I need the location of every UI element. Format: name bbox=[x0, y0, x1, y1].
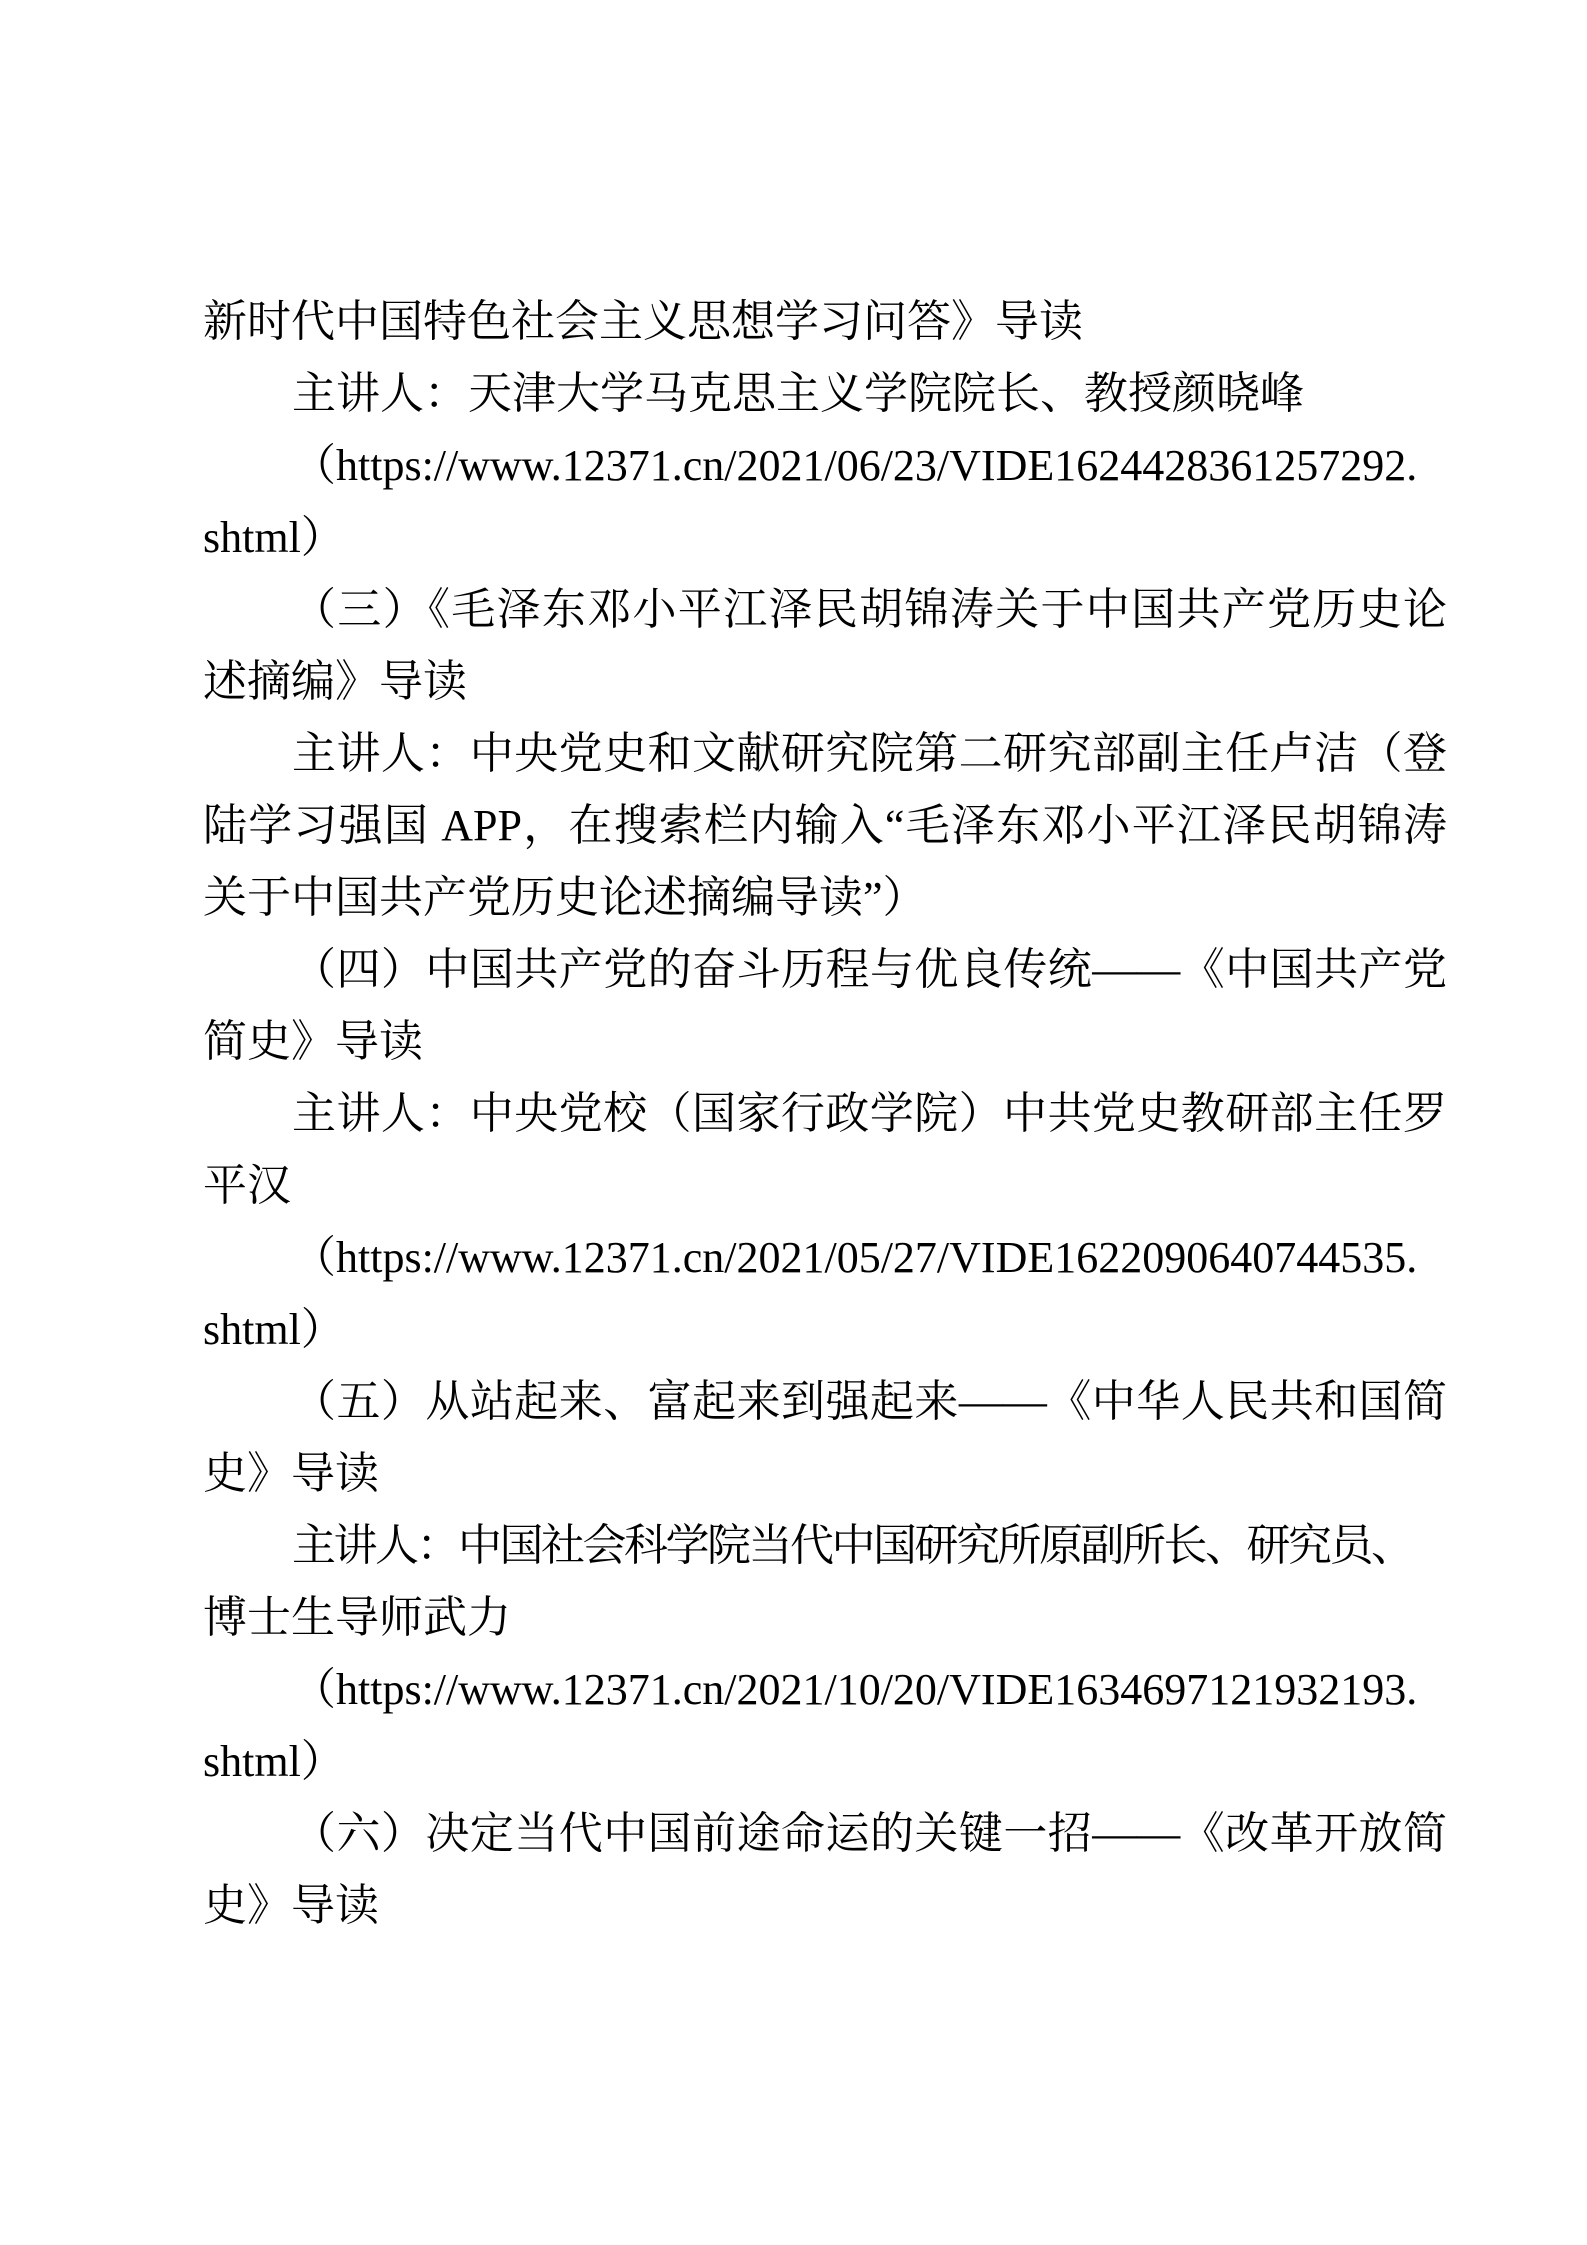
document-line: 博士生导师武力 bbox=[203, 1582, 1447, 1654]
document-line: 主讲人：中央党史和文献研究院第二研究部副主任卢洁（登 bbox=[203, 718, 1447, 790]
document-line: 陆学习强国 APP，在搜索栏内输入“毛泽东邓小平江泽民胡锦涛 bbox=[203, 790, 1447, 862]
document-text-block: 新时代中国特色社会主义思想学习问答》导读主讲人：天津大学马克思主义学院院长、教授… bbox=[203, 286, 1447, 1942]
document-line: shtml） bbox=[203, 1726, 1447, 1798]
document-line: shtml） bbox=[203, 1294, 1447, 1366]
document-line: shtml） bbox=[203, 502, 1447, 574]
document-line: 主讲人：中央党校（国家行政学院）中共党史教研部主任罗 bbox=[203, 1078, 1447, 1150]
document-line: 新时代中国特色社会主义思想学习问答》导读 bbox=[203, 286, 1447, 358]
document-line: 平汉 bbox=[203, 1150, 1447, 1222]
document-line: （https://www.12371.cn/2021/10/20/VIDE163… bbox=[203, 1654, 1447, 1726]
document-line: 史》导读 bbox=[203, 1870, 1447, 1942]
document-line: （四）中国共产党的奋斗历程与优良传统——《中国共产党 bbox=[203, 934, 1447, 1006]
document-line: 主讲人：天津大学马克思主义学院院长、教授颜晓峰 bbox=[203, 358, 1447, 430]
document-line: （五）从站起来、富起来到强起来——《中华人民共和国简 bbox=[203, 1366, 1447, 1438]
document-line: （https://www.12371.cn/2021/05/27/VIDE162… bbox=[203, 1222, 1447, 1294]
document-line: 简史》导读 bbox=[203, 1006, 1447, 1078]
document-line: 述摘编》导读 bbox=[203, 646, 1447, 718]
document-line: （六）决定当代中国前途命运的关键一招——《改革开放简 bbox=[203, 1798, 1447, 1870]
document-page: 新时代中国特色社会主义思想学习问答》导读主讲人：天津大学马克思主义学院院长、教授… bbox=[0, 0, 1587, 2245]
document-line: 史》导读 bbox=[203, 1438, 1447, 1510]
document-line: （https://www.12371.cn/2021/06/23/VIDE162… bbox=[203, 430, 1447, 502]
document-line: （三）《毛泽东邓小平江泽民胡锦涛关于中国共产党历史论 bbox=[203, 574, 1447, 646]
document-line: 关于中国共产党历史论述摘编导读”） bbox=[203, 862, 1447, 934]
document-line: 主讲人：中国社会科学院当代中国研究所原副所长、研究员、 bbox=[203, 1510, 1447, 1582]
